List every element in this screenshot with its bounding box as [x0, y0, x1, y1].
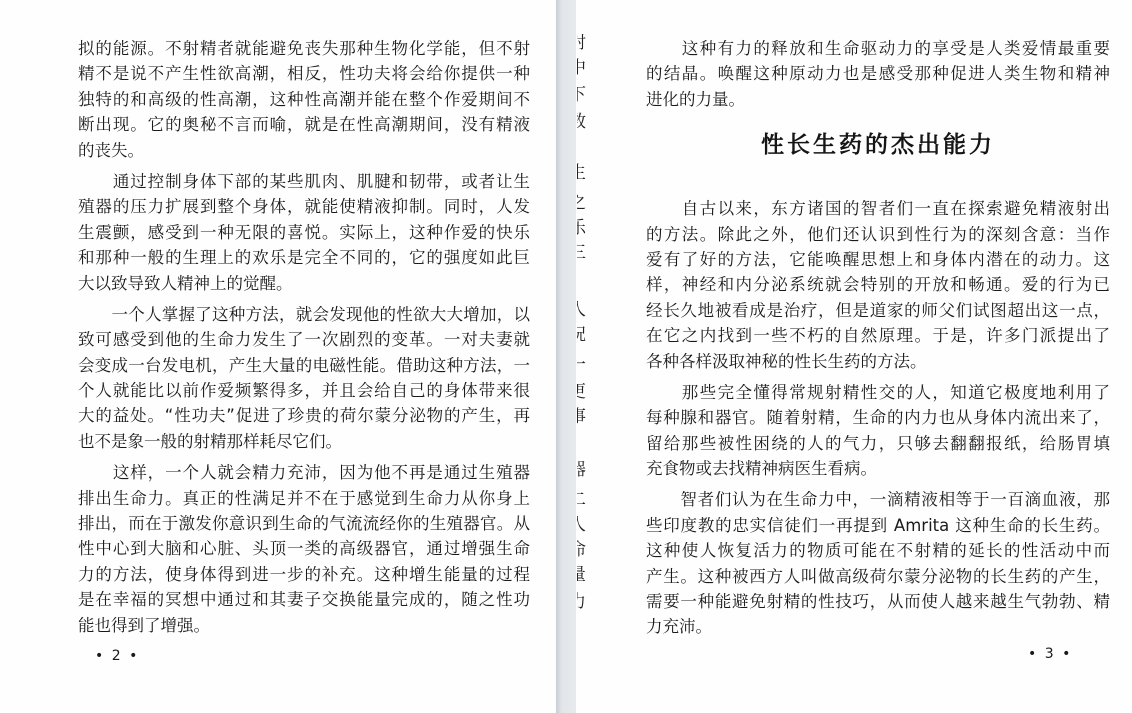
clipped-character-fragment: 况 [577, 324, 588, 346]
section-heading: 性长生药的杰出能力 [646, 130, 1110, 160]
text-line: 断出现。它的奥秘不言而喻，就是在性高潮期间，没有精液 [78, 112, 530, 137]
left-page-number: • 2 • [95, 648, 139, 664]
text-line: 各种各样汲取神秘的性长生药的方法。 [646, 349, 1110, 374]
text-line: 自古以来，东方诸国的智者们一直在探索避免精液射出 [646, 196, 1110, 221]
right-page-number: • 3 • [1028, 646, 1072, 662]
text-line: 充食物或去找精神病医生看病。 [646, 456, 1110, 481]
paragraph: 一个人掌握了这种方法，就会发现他的性欲大大增加，以致可感受到他的生命力发生了一次… [78, 302, 530, 454]
clipped-character-fragment: 射 [577, 32, 588, 54]
text-line: 那些完全懂得常规射精性交的人，知道它极度地利用了 [646, 380, 1110, 405]
text-line: 也不是象一般的射精那样耗尽它们。 [78, 429, 530, 454]
text-line: 每种腺和器官。随着射精，生命的内力也从身体内流出来了， [646, 405, 1110, 430]
clipped-character-fragment: 一 [577, 354, 588, 376]
text-line: 进化的力量。 [646, 87, 1110, 112]
text-line: 些印度教的忠实信徒们一再提到 Amrita 这种生命的长生药。 [646, 513, 1110, 538]
text-line: 力充沛。 [646, 614, 1110, 639]
text-line: 性中心到大脑和心脏、头顶一类的高级器官，通过增强生命 [78, 536, 530, 561]
clipped-character-fragment: 人 [577, 299, 588, 321]
text-line: 产生。这种被西方人叫做高级荷尔蒙分泌物的长生药的产生， [646, 564, 1110, 589]
text-line: 个人就能比以前作爱频繁得多，并且会给自己的身体带来很 [78, 378, 530, 403]
text-line: 这种使人恢复活力的物质可能在不射精的延长的性活动中而 [646, 538, 1110, 563]
text-line: 通过控制身体下部的某些肌肉、肌腱和韧带，或者让生 [78, 169, 530, 194]
text-line: 拟的能源。不射精者就能避免丧失那种生物化学能，但不射 [78, 36, 530, 61]
page-gutter-shadow [556, 0, 576, 713]
text-line: 精不是说不产生性欲高潮，相反，性功夫将会给你提供一种 [78, 61, 530, 86]
text-line: 这种有力的释放和生命驱动力的享受是人类爱情最重要 [646, 36, 1110, 61]
text-line: 的结晶。唤醒这种原动力也是感受那种促进人类生物和精神 [646, 61, 1110, 86]
clipped-character-fragment: 命 [577, 539, 588, 561]
text-line: 独特的和高级的性高潮，这种性高潮并能在整个作爱期间不 [78, 87, 530, 112]
text-line: 会变成一台发电机，产生大量的电磁性能。借助这种方法，一 [78, 353, 530, 378]
left-page: 拟的能源。不射精者就能避免丧失那种生物化学能，但不射精不是说不产生性欲高潮，相反… [78, 36, 530, 644]
text-line: 大以致导致人精神上的觉醒。 [78, 271, 530, 296]
clipped-character-fragment: 中 [577, 57, 588, 79]
clipped-character-fragment: 器 [577, 459, 588, 481]
text-line: 经长久地被看成是治疗，但是道家的师父们试图超出这一点， [646, 298, 1110, 323]
text-line: 排出生命力。真正的性满足并不在于感觉到生命力从你身上 [78, 486, 530, 511]
text-line: 这样，一个人就会精力充沛，因为他不再是通过生殖器 [78, 460, 530, 485]
clipped-character-fragment: 数 [577, 111, 588, 133]
paragraph: 拟的能源。不射精者就能避免丧失那种生物化学能，但不射精不是说不产生性欲高潮，相反… [78, 36, 530, 163]
text-line: 致可感受到他的生命力发生了一次剧烈的变革。一对夫妻就 [78, 327, 530, 352]
clipped-character-fragment: 下 [577, 84, 588, 106]
clipped-character-fragment: 人 [577, 514, 588, 536]
paragraph: 智者们认为在生命力中，一滴精液相等于一百滴血液，那些印度教的忠实信徒们一再提到 … [646, 487, 1110, 639]
clipped-character-fragment: 生 [577, 162, 588, 184]
clipped-character-fragment: 三 [577, 242, 588, 264]
text-line: 在它之内找到一些不朽的自然原理。于是，许多门派提出了 [646, 323, 1110, 348]
clipped-character-fragment: 事 [577, 406, 588, 428]
paragraph: 那些完全懂得常规射精性交的人，知道它极度地利用了每种腺和器官。随着射精，生命的内… [646, 380, 1110, 482]
text-line: 需要一种能避免射精的性技巧，从而使人越来越生气勃勃、精 [646, 589, 1110, 614]
text-line: 排出，而在于激发你意识到生命的气流流经你的生殖器官。从 [78, 511, 530, 536]
clipped-character-fragment: 乐 [577, 217, 588, 239]
clipped-character-fragment: 更 [577, 381, 588, 403]
paragraph: 自古以来，东方诸国的智者们一直在探索避免精液射出的方法。除此之外，他们还认识到性… [646, 196, 1110, 374]
text-line: 留给那些被性困绕的人的气力，只够去翻翻报纸，给肠胃填 [646, 431, 1110, 456]
paragraph: 这种有力的释放和生命驱动力的享受是人类爱情最重要的结晶。唤醒这种原动力也是感受那… [646, 36, 1110, 112]
paragraph: 这样，一个人就会精力充沛，因为他不再是通过生殖器排出生命力。真正的性满足并不在于… [78, 460, 530, 638]
clipped-character-fragment: 量 [577, 564, 588, 586]
text-line: 一个人掌握了这种方法，就会发现他的性欲大大增加，以 [78, 302, 530, 327]
text-line: 的丧失。 [78, 138, 530, 163]
text-line: 智者们认为在生命力中，一滴精液相等于一百滴血液，那 [646, 487, 1110, 512]
clipped-character-fragment: 之 [577, 192, 588, 214]
text-line: 和那种一般的生理上的欢乐是完全不同的，它的强度如此巨 [78, 245, 530, 270]
text-line: 样，神经和内分泌系统就会特别的开放和畅通。爱的行为已 [646, 272, 1110, 297]
text-line: 能也得到了增强。 [78, 613, 530, 638]
text-line: 殖器的压力扩展到整个身体，就能使精液抑制。同时，人发 [78, 194, 530, 219]
text-line: 的方法。除此之外，他们还认识到性行为的深刻含意：当作 [646, 222, 1110, 247]
text-line: 力的方法，使身体得到进一步的补充。这种增生能量的过程 [78, 562, 530, 587]
text-line: 大的益处。“性功夫”促进了珍贵的荷尔蒙分泌物的产生，再 [78, 403, 530, 428]
book-spread: 拟的能源。不射精者就能避免丧失那种生物化学能，但不射精不是说不产生性欲高潮，相反… [0, 0, 1132, 713]
clipped-character-fragment: 力 [577, 591, 588, 613]
right-page: 这种有力的释放和生命驱动力的享受是人类爱情最重要的结晶。唤醒这种原动力也是感受那… [646, 36, 1110, 646]
text-line: 是在幸福的冥想中通过和其妻子交换能量完成的，随之性功 [78, 587, 530, 612]
text-line: 爱有了好的方法，它能唤醒思想上和身体内潜在的动力。这 [646, 247, 1110, 272]
paragraph: 通过控制身体下部的某些肌肉、肌腱和韧带，或者让生殖器的压力扩展到整个身体，就能使… [78, 169, 530, 296]
clipped-character-fragment: 二 [577, 489, 588, 511]
text-line: 生震颤，感受到一种无限的喜悦。实际上，这种作爱的快乐 [78, 220, 530, 245]
